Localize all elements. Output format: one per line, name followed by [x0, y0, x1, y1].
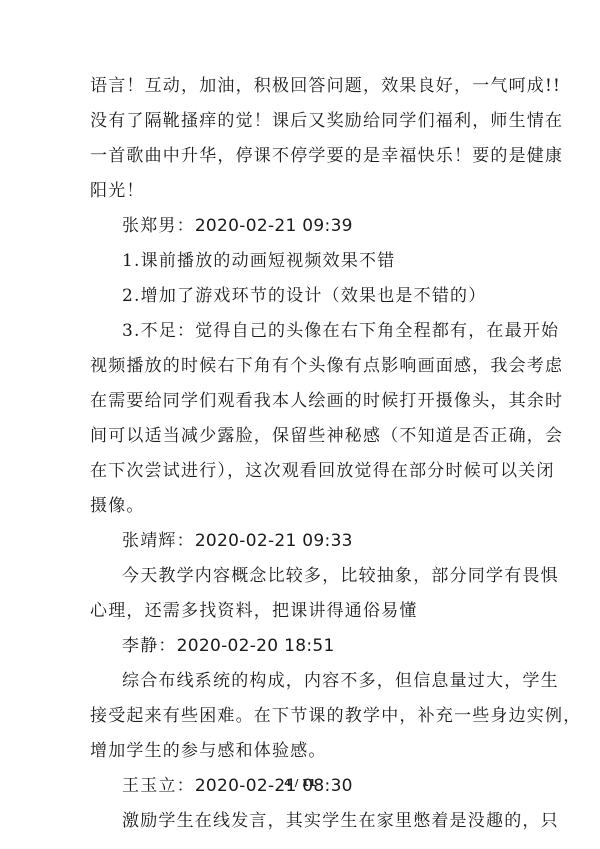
text-line: 没有了隔靴搔痒的觉！课后又奖励给同学们福利，师生情在: [90, 104, 512, 139]
text-line: 接受起来有些困难。在下节课的教学中，补充一些身边实例，: [90, 699, 512, 734]
text-line: 语言！互动，加油，积极回答问题，效果良好，一气呵成!!: [90, 69, 512, 104]
text-line: 1.课前播放的动画短视频效果不错: [90, 244, 512, 279]
comment-header: 李静：2020-02-20 18:51: [90, 629, 512, 664]
comment-header: 张靖辉：2020-02-21 09:33: [90, 524, 512, 559]
text-line: 摄像。: [90, 489, 512, 524]
text-line: 3.不足：觉得自己的头像在右下角全程都有，在最开始: [90, 314, 512, 349]
text-line: 一首歌曲中升华，停课不停学要的是幸福快乐！要的是健康: [90, 139, 512, 174]
timestamp: 2020-02-20 18:51: [177, 636, 335, 656]
author-name: 张靖辉：: [122, 531, 195, 551]
author-name: 李静：: [122, 636, 177, 656]
timestamp: 2020-02-21 09:33: [195, 531, 353, 551]
text-line: 2.增加了游戏环节的设计（效果也是不错的）: [90, 279, 512, 314]
timestamp: 2020-02-21 09:39: [195, 216, 353, 236]
text-line: 综合布线系统的构成，内容不多，但信息量过大，学生: [90, 664, 512, 699]
comment-header: 张郑男：2020-02-21 09:39: [90, 209, 512, 244]
page-indicator: 4 / 11: [0, 778, 600, 789]
text-line: 今天教学内容概念比较多，比较抽象，部分同学有畏惧: [90, 559, 512, 594]
text-line: 增加学生的参与感和体验感。: [90, 734, 512, 769]
text-line: 激励学生在线发言，其实学生在家里憋着是没趣的，只: [90, 804, 512, 839]
text-line: 间可以适当减少露脸，保留些神秘感（不知道是否正确，会: [90, 419, 512, 454]
text-line: 阳光！: [90, 174, 512, 209]
text-line: 心理，还需多找资料，把课讲得通俗易懂: [90, 594, 512, 629]
text-line: 视频播放的时候右下角有个头像有点影响画面感，我会考虑: [90, 349, 512, 384]
author-name: 张郑男：: [122, 216, 195, 236]
paragraph-point-3: 3.不足：觉得自己的头像在右下角全程都有，在最开始 视频播放的时候右下角有个头像…: [90, 314, 512, 524]
document-page: 语言！互动，加油，积极回答问题，效果良好，一气呵成!! 没有了隔靴搔痒的觉！课后…: [90, 69, 512, 839]
text-line: 在下次尝试进行），这次观看回放觉得在部分时候可以关闭: [90, 454, 512, 489]
paragraph-intro: 语言！互动，加油，积极回答问题，效果良好，一气呵成!! 没有了隔靴搔痒的觉！课后…: [90, 69, 512, 209]
text-line: 在需要给同学们观看我本人绘画的时候打开摄像头，其余时: [90, 384, 512, 419]
